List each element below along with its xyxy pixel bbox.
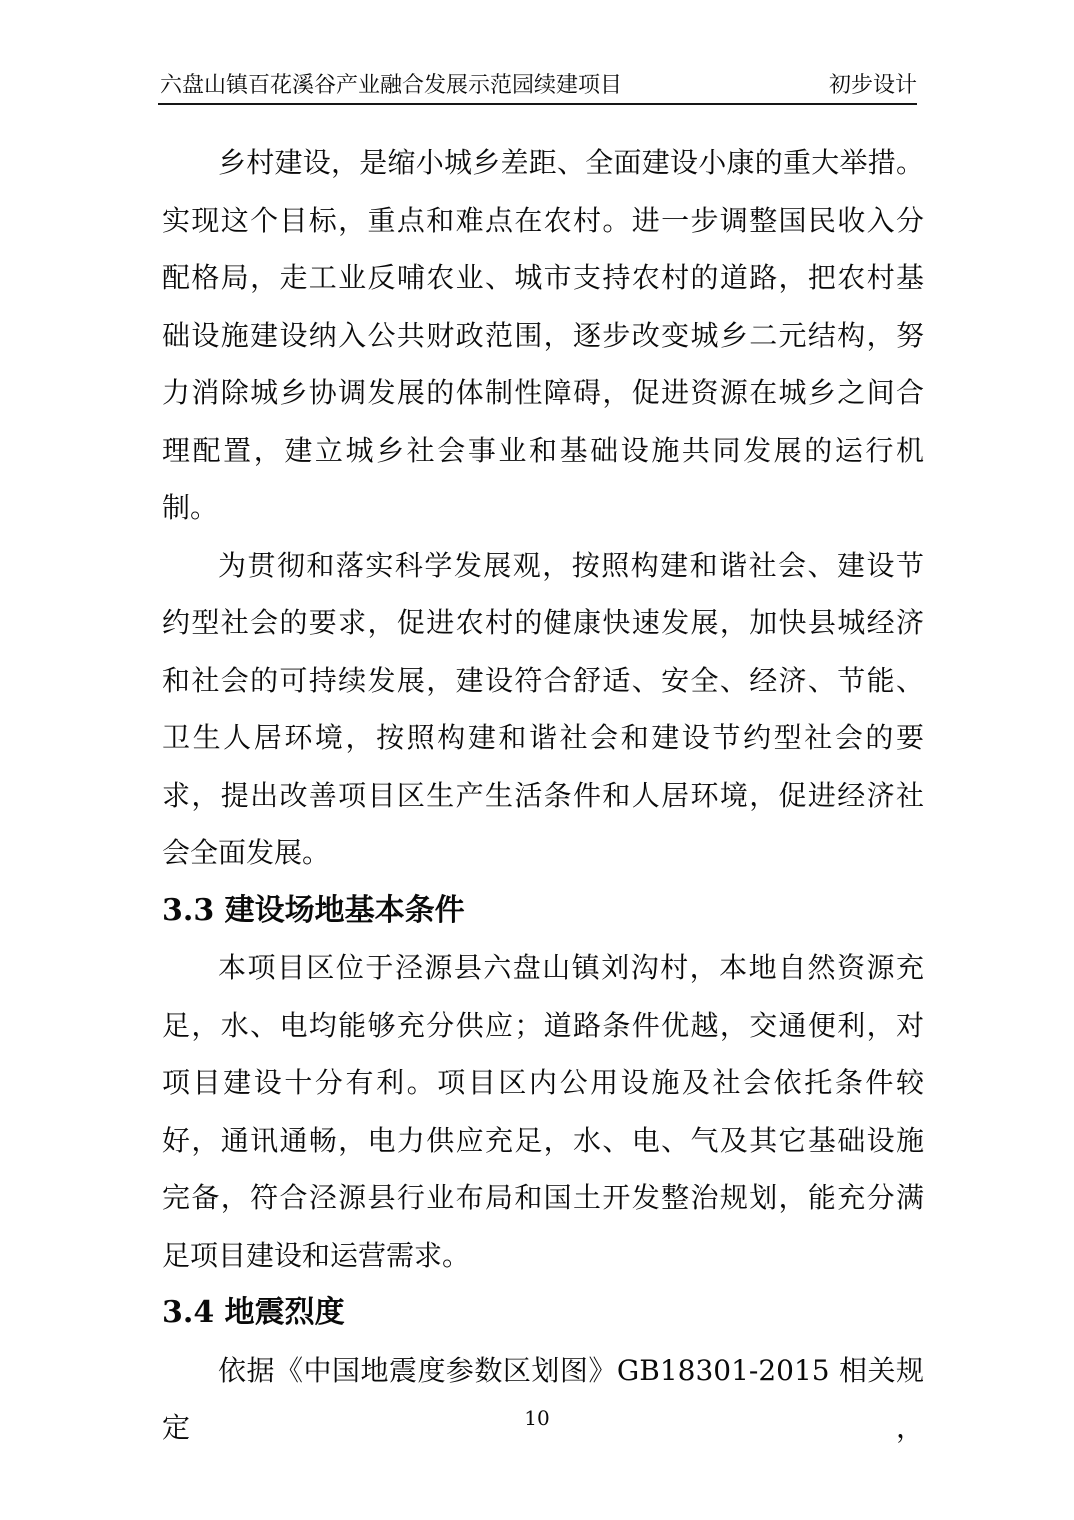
text-line: 完备，符合泾源县行业布局和国土开发整治规划，能充分满	[162, 1169, 924, 1227]
body-paragraph: 本项目区位于泾源县六盘山镇刘沟村，本地自然资源充足，水、电均能够充分供应；道路条…	[162, 939, 924, 1284]
text-line: 足项目建设和运营需求。	[162, 1227, 924, 1285]
text-line: 乡村建设，是缩小城乡差距、全面建设小康的重大举措。	[162, 134, 924, 192]
text-line: 会全面发展。	[162, 824, 924, 882]
text-line: 好，通讯通畅，电力供应充足，水、电、气及其它基础设施	[162, 1112, 924, 1170]
page-footer: 10	[0, 1404, 1074, 1432]
text-line: 实现这个目标，重点和难点在农村。进一步调整国民收入分	[162, 192, 924, 250]
header-rule-divider	[158, 103, 917, 105]
text-line: 项目建设十分有利。项目区内公用设施及社会依托条件较	[162, 1054, 924, 1112]
text-line: 础设施建设纳入公共财政范围，逐步改变城乡二元结构，努	[162, 307, 924, 365]
header-left-title: 六盘山镇百花溪谷产业融合发展示范园续建项目	[160, 72, 622, 100]
text-line: 为贯彻和落实科学发展观，按照构建和谐社会、建设节	[162, 537, 924, 595]
section-heading: 3.3 建设场地基本条件	[162, 882, 924, 940]
text-line: 理配置，建立城乡社会事业和基础设施共同发展的运行机	[162, 422, 924, 480]
text-line: 依据《中国地震度参数区划图》GB18301-2015 相关规定，	[162, 1342, 924, 1457]
text-line: 力消除城乡协调发展的体制性障碍，促进资源在城乡之间合	[162, 364, 924, 422]
page-number: 10	[524, 1406, 549, 1430]
body-paragraph: 为贯彻和落实科学发展观，按照构建和谐社会、建设节约型社会的要求，促进农村的健康快…	[162, 537, 924, 882]
header-right-label: 初步设计	[829, 72, 917, 100]
body-paragraph: 乡村建设，是缩小城乡差距、全面建设小康的重大举措。实现这个目标，重点和难点在农村…	[162, 134, 924, 537]
text-line: 配格局，走工业反哺农业、城市支持农村的道路，把农村基	[162, 249, 924, 307]
text-line: 和社会的可持续发展，建设符合舒适、安全、经济、节能、	[162, 652, 924, 710]
text-line: 约型社会的要求，促进农村的健康快速发展，加快县城经济	[162, 594, 924, 652]
text-line: 本项目区位于泾源县六盘山镇刘沟村，本地自然资源充	[162, 939, 924, 997]
document-body: 乡村建设，是缩小城乡差距、全面建设小康的重大举措。实现这个目标，重点和难点在农村…	[162, 134, 924, 1457]
text-line: 卫生人居环境，按照构建和谐社会和建设节约型社会的要	[162, 709, 924, 767]
text-line: 求，提出改善项目区生产生活条件和人居环境，促进经济社	[162, 767, 924, 825]
body-paragraph: 依据《中国地震度参数区划图》GB18301-2015 相关规定，	[162, 1342, 924, 1457]
document-page: 六盘山镇百花溪谷产业融合发展示范园续建项目 初步设计 乡村建设，是缩小城乡差距、…	[0, 0, 1074, 1520]
page-header: 六盘山镇百花溪谷产业融合发展示范园续建项目 初步设计	[160, 72, 917, 100]
text-line: 制。	[162, 479, 924, 537]
section-heading: 3.4 地震烈度	[162, 1284, 924, 1342]
text-line: 足，水、电均能够充分供应；道路条件优越，交通便利，对	[162, 997, 924, 1055]
